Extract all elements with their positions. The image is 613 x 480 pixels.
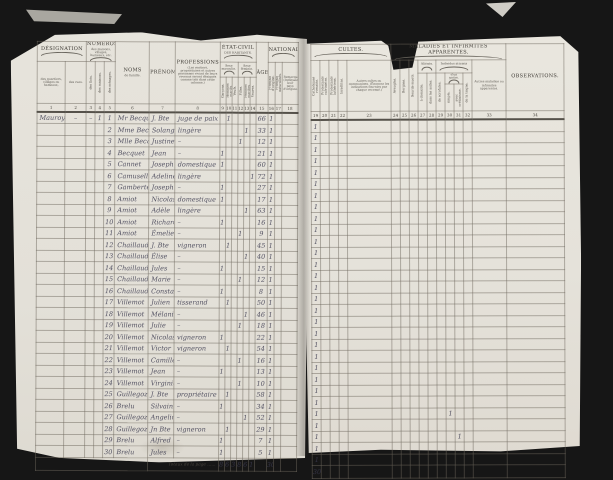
cell-mark (348, 327, 392, 339)
cell-mark (427, 120, 436, 132)
cell-mark (391, 155, 400, 167)
cell-mark (321, 316, 330, 328)
cell-mark (455, 247, 464, 259)
cell-mark (418, 178, 427, 190)
cell-mark (401, 431, 410, 443)
cell-mark (445, 132, 454, 144)
alienes-asiles-label: dans les asiles. (430, 80, 433, 104)
borgnes-label: Borgnes. (403, 79, 406, 93)
cell-mark: 1 (312, 385, 321, 397)
cell-mark (347, 212, 391, 224)
register-row-right-23: 1 (312, 373, 565, 385)
cell-mark (428, 293, 437, 305)
cell-mark (391, 143, 400, 155)
cell-mark (338, 120, 347, 132)
autres-cultes-note: Autres cultes ou communions. (Énoncez le… (347, 80, 390, 93)
cell-mark (321, 351, 330, 363)
column-number: 29 (436, 111, 445, 120)
cell-mark (454, 166, 463, 178)
cell-mark (446, 281, 455, 293)
cell-mark (473, 431, 507, 443)
cell-mark (437, 270, 446, 282)
cell-mark (437, 362, 446, 374)
cell-mark (445, 178, 454, 190)
register-row-right-5: 1 (311, 166, 564, 178)
alienes-label: Aliénés. (418, 63, 435, 66)
header-borgnes: Borgnes. (400, 60, 409, 111)
cell-mark (463, 143, 472, 155)
cell-mark (338, 178, 347, 190)
cell-observation (506, 177, 564, 189)
cell-mark (427, 155, 436, 167)
cell-mark (464, 258, 473, 270)
cell-mark (391, 201, 400, 213)
cell-mark (437, 304, 446, 316)
cell-mark (401, 339, 410, 351)
cell-observation (507, 327, 565, 339)
cell-mark (409, 155, 418, 167)
cell-mark: 1 (312, 247, 321, 259)
cell-mark (320, 155, 329, 167)
header-israelites: Israélites. (338, 60, 347, 111)
cell-mark (455, 442, 464, 454)
cell-mark (418, 155, 427, 167)
cell-mark (455, 304, 464, 316)
cell-mark (419, 431, 428, 443)
cell-mark (437, 281, 446, 293)
cell-mark (348, 431, 392, 443)
cell-mark (338, 190, 347, 202)
cell-mark (410, 327, 419, 339)
cell-mark (320, 190, 329, 202)
cell-mark: 1 (455, 431, 464, 443)
cell-mark (392, 350, 401, 362)
cell-mark (320, 144, 329, 156)
cell-mark (455, 373, 464, 385)
cell-mark (419, 247, 428, 259)
cell-mark (400, 132, 409, 144)
register-row-right-14: 1 (312, 269, 565, 281)
cell-mark (330, 351, 339, 363)
cell-mark (419, 293, 428, 305)
cell-mark: 1 (312, 270, 321, 282)
cell-mark (339, 443, 348, 455)
cell-observation (506, 166, 564, 178)
header-goitre: d'un goitre. (445, 73, 463, 84)
cell-mark (410, 454, 419, 466)
cell-mark (455, 350, 464, 362)
cell-mark (428, 454, 437, 466)
cell-mark (392, 442, 401, 454)
cell-mark: 1 (312, 362, 321, 374)
cell-mark (330, 339, 339, 351)
cell-mark (437, 235, 446, 247)
observations-title: OBSERVATIONS. (507, 74, 564, 80)
cell-mark (446, 258, 455, 270)
cell-observation (507, 361, 565, 373)
cell-mark (400, 212, 409, 224)
cell-mark (330, 282, 339, 294)
cell-mark (455, 396, 464, 408)
scanned-census-register: DÉSIGNATION NUMÉROS des maisons, village… (0, 0, 613, 480)
cell-mark (392, 270, 401, 282)
cell-mark (464, 396, 473, 408)
column-number: 23 (347, 111, 391, 120)
cell-mark (410, 258, 419, 270)
cell-mark (348, 385, 392, 397)
column-number: 26 (409, 111, 418, 120)
cell-mark (320, 167, 329, 179)
register-row-right-16: 1 (312, 292, 565, 304)
cell-mark (473, 350, 507, 362)
cell-mark (445, 201, 454, 213)
cell-mark: 1 (311, 178, 320, 190)
cell-mark (419, 281, 428, 293)
cell-mark (330, 408, 339, 420)
cell-mark (436, 189, 445, 201)
cell-mark (321, 420, 330, 432)
cell-mark (473, 258, 507, 270)
cell-mark: 1 (312, 316, 321, 328)
cell-mark (446, 396, 455, 408)
cell-observation (507, 212, 565, 224)
header-sourds-muets: Sourds-muets. (409, 60, 418, 111)
register-row-right-7: 1 (311, 189, 564, 201)
cell-mark (321, 282, 330, 294)
cell-mark (418, 201, 427, 213)
column-number: 19 (311, 112, 320, 121)
cell-mark (463, 189, 472, 201)
cell-mark (391, 224, 400, 236)
cell-mark (419, 339, 428, 351)
cell-mark (400, 224, 409, 236)
israelites-label: Israélites. (341, 78, 344, 94)
cell-mark (473, 396, 507, 408)
cell-mark (401, 385, 410, 397)
cell-mark (410, 270, 419, 282)
cell-mark: 1 (446, 408, 455, 420)
teigne-label: de la teigne. (466, 82, 469, 102)
cell-mark: 1 (311, 201, 320, 213)
cell-mark (391, 120, 400, 132)
cell-mark (445, 189, 454, 201)
cell-mark (347, 235, 391, 247)
cell-mark (409, 224, 418, 236)
cell-mark (330, 270, 339, 282)
cell-mark (463, 224, 472, 236)
cell-observation (507, 407, 565, 419)
cell-mark (392, 281, 401, 293)
cell-mark (410, 350, 419, 362)
cell-mark (464, 454, 473, 466)
cell-mark (330, 431, 339, 443)
cell-mark: 1 (311, 224, 320, 236)
cell-mark (472, 178, 506, 190)
cell-mark (472, 143, 506, 155)
cell-mark (339, 282, 348, 294)
cell-mark (454, 178, 463, 190)
cell-mark (330, 385, 339, 397)
cell-mark (330, 362, 339, 374)
cell-mark (348, 247, 392, 259)
cell-mark (437, 316, 446, 328)
column-number: 34 (506, 111, 564, 120)
cell-mark (472, 189, 506, 201)
cell-mark (338, 132, 347, 144)
cultes-title: CULTES. (311, 47, 390, 53)
header-alienes: Aliénés. (418, 60, 436, 73)
total-blank (321, 466, 330, 479)
register-row-right-13: 1 (312, 258, 565, 270)
cell-mark (437, 373, 446, 385)
cell-mark (321, 385, 330, 397)
register-row-right-24: 1 (312, 384, 565, 396)
cell-mark: 1 (311, 144, 320, 156)
cell-mark (347, 178, 391, 190)
cell-mark (473, 293, 507, 305)
cell-mark (321, 270, 330, 282)
total-blank (419, 465, 428, 478)
cell-mark (320, 132, 329, 144)
cell-mark (410, 316, 419, 328)
cell-mark (445, 143, 454, 155)
cell-mark (348, 316, 392, 328)
cell-mark (348, 454, 392, 466)
cell-mark (464, 293, 473, 305)
cell-mark (437, 350, 446, 362)
cell-mark (454, 189, 463, 201)
register-row-right-6: 1 (311, 177, 564, 189)
header-maladies: MALADIES ET INFIRMITÉS APPARENTES. (391, 44, 506, 60)
cell-mark (409, 120, 418, 132)
column-number: 20 (320, 112, 329, 121)
cell-mark (401, 454, 410, 466)
register-row-right-27: 1 (312, 419, 565, 431)
cell-mark (428, 304, 437, 316)
cell-mark (348, 339, 392, 351)
cell-mark (348, 293, 392, 305)
cell-mark (321, 339, 330, 351)
register-row-right-25: 1 (312, 396, 565, 408)
cell-mark (464, 431, 473, 443)
total-blank (392, 465, 401, 478)
cell-mark (428, 350, 437, 362)
column-number: 22 (338, 112, 347, 121)
cell-mark (392, 431, 401, 443)
cell-mark (418, 143, 427, 155)
lutheriens-label: Protestants luthériens. (330, 73, 336, 99)
right-table-body: 1111111111111111111111111111111130 (311, 119, 565, 478)
cell-mark: 1 (312, 443, 321, 455)
cell-mark (455, 419, 464, 431)
cell-mark (418, 224, 427, 236)
cell-mark (428, 281, 437, 293)
cell-mark (409, 178, 418, 190)
register-row-right-1: 1 (311, 119, 564, 132)
cell-mark (446, 350, 455, 362)
cell-mark (330, 259, 339, 271)
cell-mark (454, 155, 463, 167)
cell-mark (445, 224, 454, 236)
cell-mark (401, 362, 410, 374)
cell-mark (437, 293, 446, 305)
total-blank (401, 465, 410, 478)
scrofules-label: de scrofules. (439, 82, 442, 103)
register-row-right-17: 1 (312, 304, 565, 316)
cell-mark (347, 132, 391, 144)
cell-mark (427, 189, 436, 201)
atteints-brace (439, 66, 468, 70)
cell-mark (473, 442, 507, 454)
register-row-right-26: 11 (312, 407, 565, 419)
cell-mark (348, 373, 392, 385)
cell-mark (454, 120, 463, 132)
cell-mark (454, 224, 463, 236)
cell-mark (428, 316, 437, 328)
cell-mark (455, 293, 464, 305)
register-row-right-12: 1 (312, 246, 565, 258)
cell-mark (428, 258, 437, 270)
cell-mark: 1 (312, 420, 321, 432)
cell-mark (410, 293, 419, 305)
cell-mark (428, 385, 437, 397)
cell-mark (472, 201, 506, 213)
cell-mark (339, 385, 348, 397)
cell-mark (392, 408, 401, 420)
cell-mark (464, 373, 473, 385)
cell-mark (392, 419, 401, 431)
cell-mark (437, 454, 446, 466)
cell-mark (419, 304, 428, 316)
cell-mark (348, 442, 392, 454)
cell-mark (401, 235, 410, 247)
cell-mark (464, 270, 473, 282)
column-number: 24 (391, 111, 400, 120)
cell-mark (463, 212, 472, 224)
cell-mark (329, 167, 338, 179)
cell-mark (409, 212, 418, 224)
cell-mark (339, 397, 348, 409)
cell-mark (427, 132, 436, 144)
cell-mark (392, 339, 401, 351)
cell-mark (436, 120, 445, 132)
cell-mark (410, 247, 419, 259)
cell-mark (348, 350, 392, 362)
cell-mark (418, 120, 427, 132)
cell-mark (446, 304, 455, 316)
cell-mark (419, 258, 428, 270)
total-blank (446, 465, 455, 478)
cell-mark (436, 155, 445, 167)
cell-mark (463, 178, 472, 190)
cell-mark (473, 408, 507, 420)
register-row-right-11: 1 (311, 235, 564, 247)
cell-mark (400, 178, 409, 190)
cell-mark (455, 327, 464, 339)
cell-observation (507, 338, 565, 350)
total-blank (428, 465, 437, 478)
cell-mark (455, 235, 464, 247)
cell-mark (410, 339, 419, 351)
cell-mark (419, 454, 428, 466)
alienes-brace (421, 66, 432, 70)
cell-mark (409, 166, 418, 178)
column-number: 32 (463, 111, 472, 120)
cell-mark (446, 235, 455, 247)
cell-mark (473, 419, 507, 431)
register-row-right-20: 1 (312, 338, 565, 350)
cell-mark (347, 120, 391, 132)
cell-mark (409, 143, 418, 155)
cell-mark (338, 213, 347, 225)
cell-mark (347, 224, 391, 236)
cell-mark (463, 201, 472, 213)
cell-mark (339, 408, 348, 420)
cell-mark (473, 339, 507, 351)
cell-mark (329, 178, 338, 190)
cell-mark (472, 120, 506, 132)
cell-mark (347, 201, 391, 213)
cell-mark (348, 362, 392, 374)
cell-mark (401, 419, 410, 431)
cell-mark (330, 374, 339, 386)
autres-maladies-note: Autres maladies ou infirmités apparentes… (472, 81, 505, 91)
cell-mark (329, 132, 338, 144)
cell-observation (507, 304, 565, 316)
cell-mark (392, 247, 401, 259)
cell-mark (392, 304, 401, 316)
cell-mark (410, 235, 419, 247)
maladies-title: MALADIES ET INFIRMITÉS APPARENTES. (391, 44, 505, 55)
cell-observation (507, 258, 565, 270)
cell-mark (401, 247, 410, 259)
cell-mark: 1 (311, 155, 320, 167)
cell-mark (410, 362, 419, 374)
cell-mark (428, 247, 437, 259)
cell-observation (506, 119, 564, 131)
cell-mark: 1 (312, 351, 321, 363)
cell-mark (436, 224, 445, 236)
cell-mark (463, 166, 472, 178)
cell-mark (427, 166, 436, 178)
cell-mark (472, 132, 506, 144)
total-blank (473, 465, 507, 478)
cell-mark (348, 304, 392, 316)
cell-mark (410, 419, 419, 431)
aveugles-label: Aveugles. (394, 78, 397, 94)
register-row-right-2: 1 (311, 131, 564, 143)
cell-mark (437, 396, 446, 408)
cell-mark (455, 339, 464, 351)
right-register-table: CULTES. MALADIES ET INFIRMITÉS APPARENTE… (310, 43, 566, 479)
sourds-muets-label: Sourds-muets. (412, 74, 415, 97)
total-blank (410, 465, 419, 478)
cell-mark (464, 408, 473, 420)
cell-mark (391, 178, 400, 190)
book-fold-shadow (295, 38, 311, 456)
cell-mark (320, 201, 329, 213)
total-blank (455, 465, 464, 478)
cell-mark (320, 236, 329, 248)
cell-mark (392, 454, 401, 466)
cell-mark: 1 (312, 397, 321, 409)
cell-mark (437, 258, 446, 270)
register-row-right-22: 1 (312, 361, 565, 373)
register-row-right-19: 1 (312, 327, 565, 339)
cell-observation (507, 396, 565, 408)
cell-mark (392, 362, 401, 374)
cell-mark (455, 316, 464, 328)
